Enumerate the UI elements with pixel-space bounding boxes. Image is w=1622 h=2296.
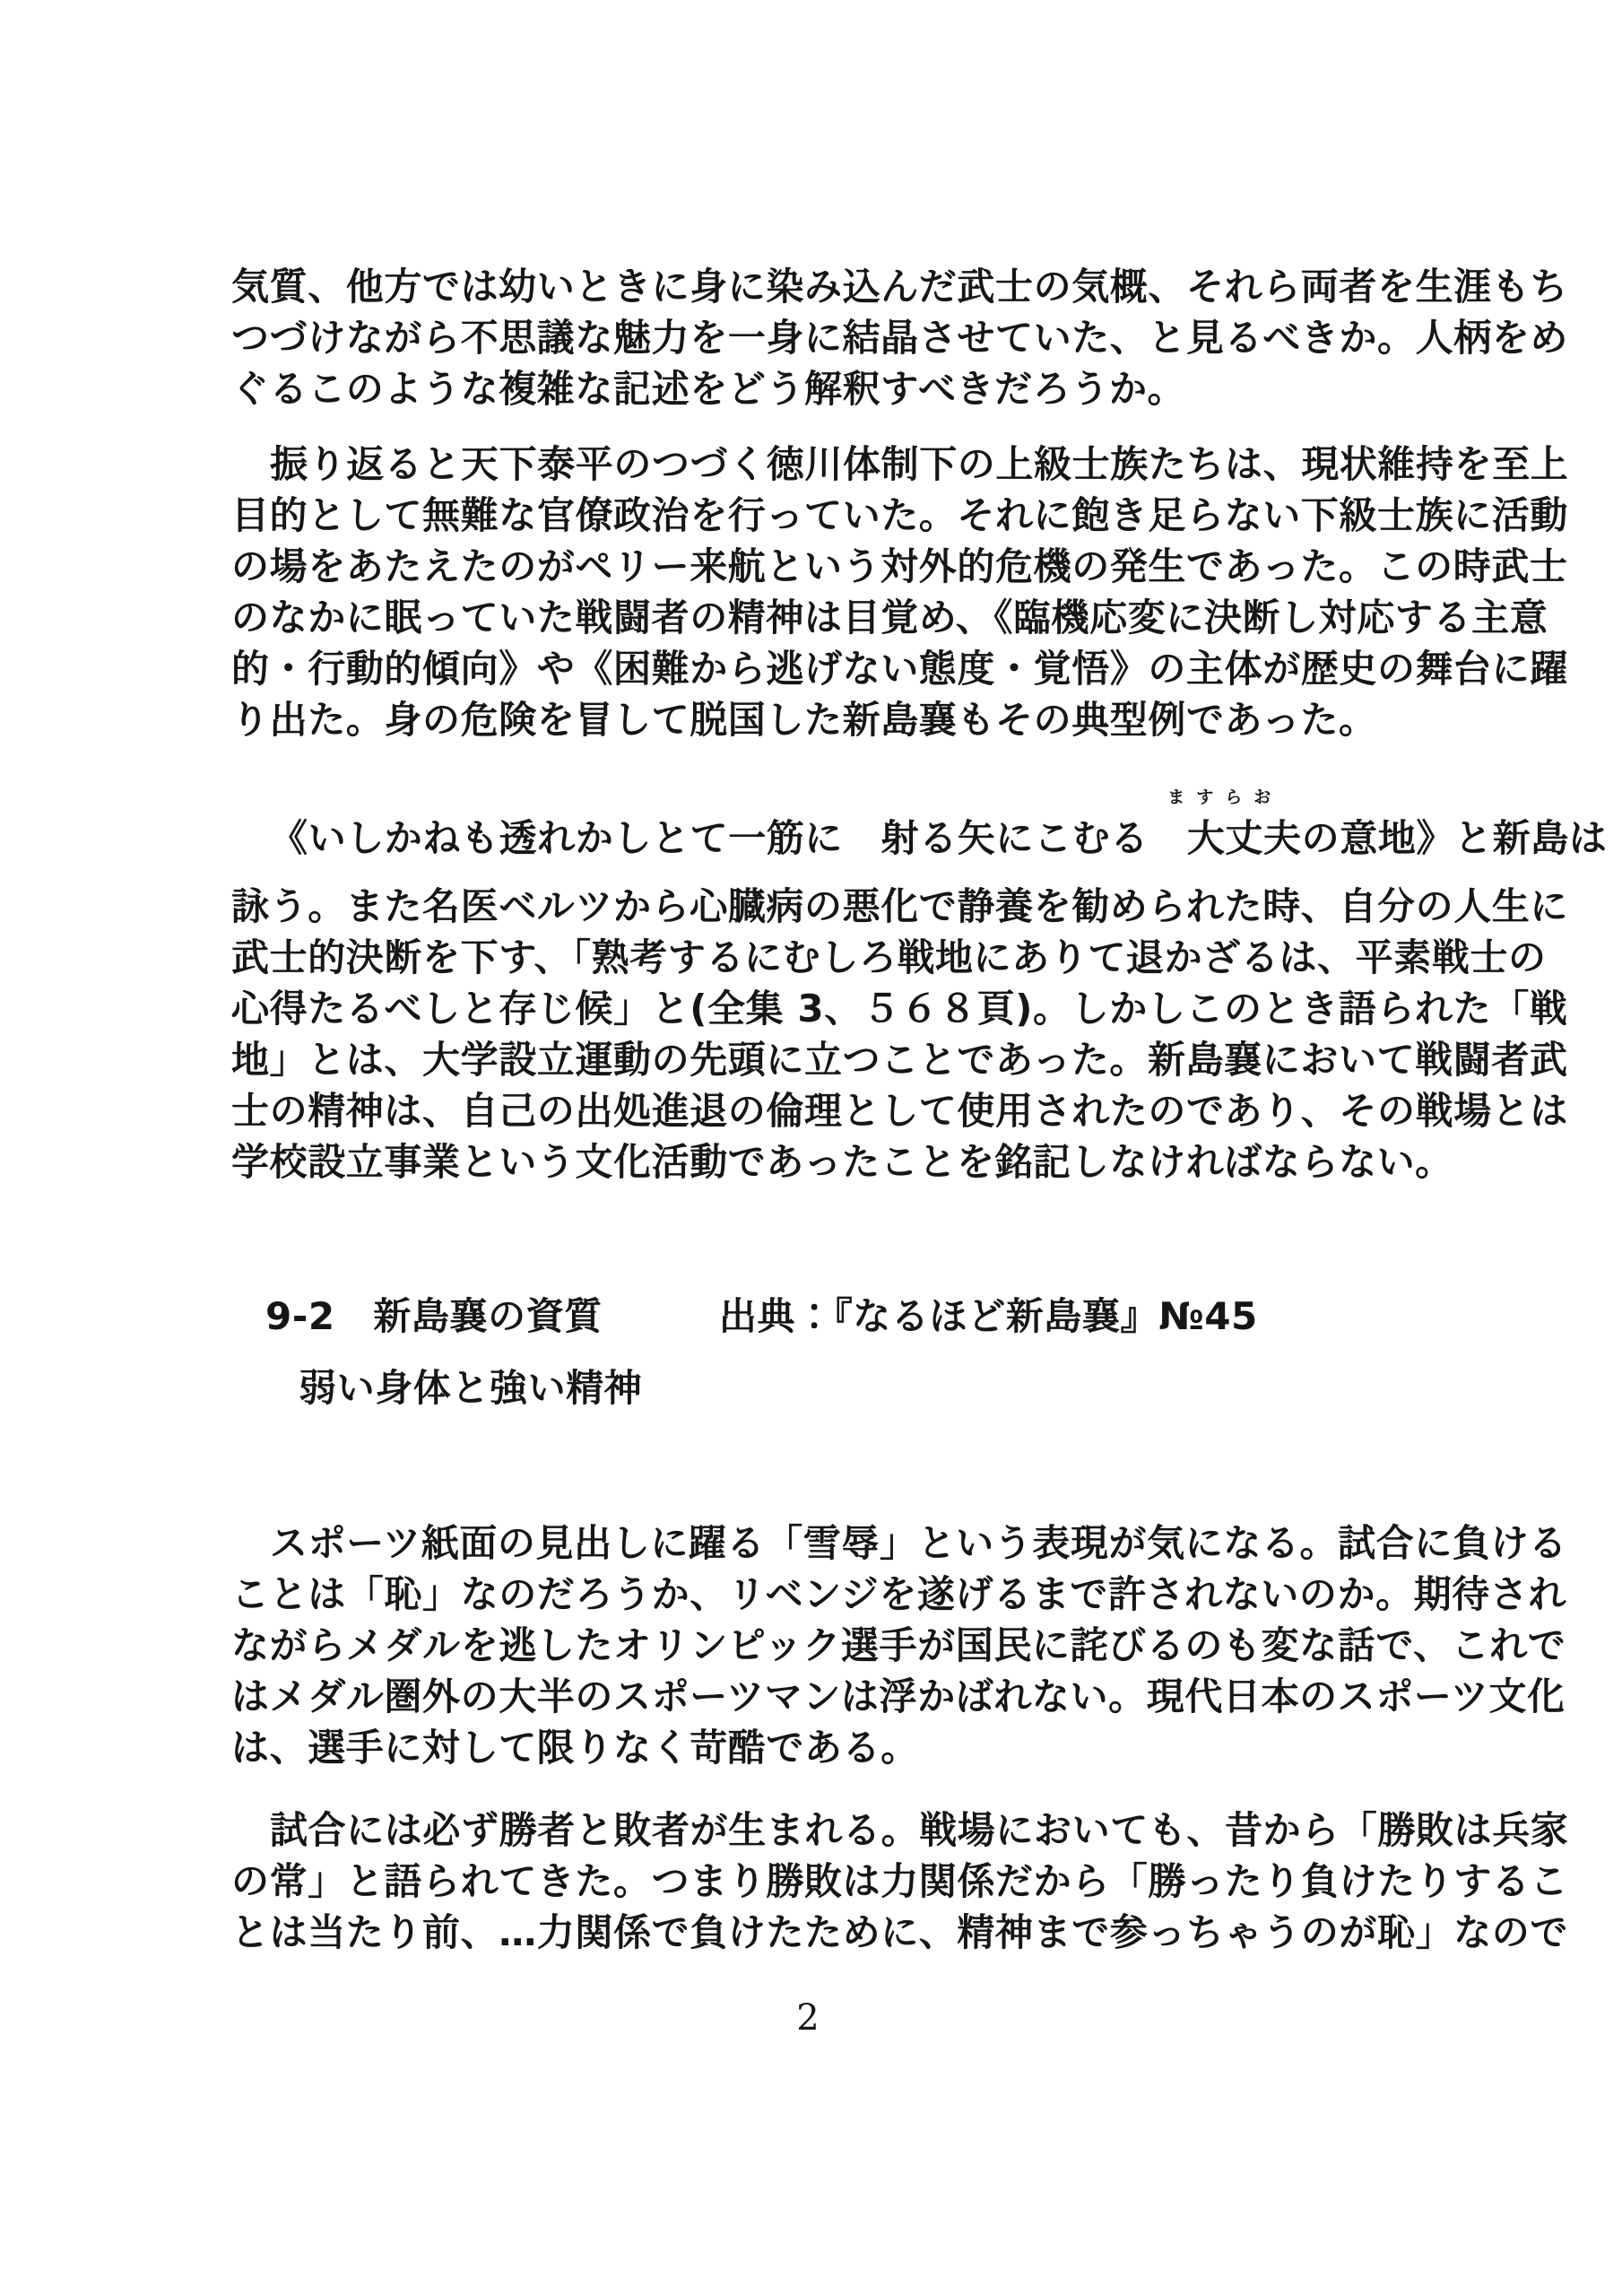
text-line: り出た。身の危険を冒して脱国した新島襄もその典型例であった。 — [231, 694, 1384, 745]
text-line: 詠う。また名医ベルツから心臓病の悪化で静養を勧められた時、自分の人生に — [231, 881, 1384, 932]
text-line: 振り返ると天下泰平のつづく徳川体制下の上級士族たちは、現状維持を至上 — [231, 439, 1384, 490]
page-number: 2 — [231, 1993, 1384, 2044]
text-line: 学校設立事業という文化活動であったことを銘記しなければならない。 — [231, 1136, 1384, 1187]
paragraph-kishitsu: 気質、他方では幼いときに身に染み込んだ武士の気概、それら両者を生涯もち つづけな… — [231, 261, 1384, 414]
text-line: 目的として無難な官僚政治を行っていた。それに飽き足らない下級士族に活動 — [231, 490, 1384, 541]
text-line: スポーツ紙面の見出しに躍る「雪辱」という表現が気になる。試合に負ける — [231, 1518, 1384, 1569]
poem-text-before: 《いしかねも透れかしとて一筋に 射る矢にこむる — [270, 816, 1149, 860]
text-line: はメダル圏外の大半のスポーツマンは浮かばれない。現代日本のスポーツ文化 — [231, 1671, 1384, 1722]
section-heading: 9-2 新島襄の資質出典：『なるほど新島襄』№45 弱い身体と強い精神 — [231, 1291, 1384, 1413]
paragraph-poem-niijima: 《いしかねも透れかしとて一筋に 射る矢にこむる大丈夫ますらおの意地》と新島は 詠… — [231, 813, 1384, 1187]
page-content: 気質、他方では幼いときに身に染み込んだ武士の気概、それら両者を生涯もち つづけな… — [231, 0, 1384, 2044]
text-line: つづけながら不思議な魅力を一身に結晶させていた、と見るべきか。人柄をめ — [231, 312, 1384, 363]
text-line: 武士的決断を下す、「熟考するにむしろ戦地にありて退かざるは、平素戦士の — [231, 932, 1384, 983]
ruby-group: 大丈夫ますらお — [1149, 813, 1302, 864]
document-page: 気質、他方では幼いときに身に染み込んだ武士の気概、それら両者を生涯もち つづけな… — [0, 0, 1622, 2296]
text-line: 心得たるべしと存じ候」と(全集 3、５６８頁)。しかしこのとき語られた「戦 — [231, 983, 1384, 1034]
text-line: ぐるこのような複雑な記述をどう解釈すべきだろうか。 — [231, 363, 1384, 414]
text-line: とは当たり前、…力関係で負けたために、精神まで参っちゃうのが恥」なので — [231, 1907, 1384, 1958]
text-line: ことは「恥」なのだろうか、リベンジを遂げるまで許されないのか。期待され — [231, 1569, 1384, 1620]
text-line: のなかに眠っていた戦闘者の精神は目覚め、《臨機応変に決断し対応する主意 — [231, 592, 1384, 643]
text-line: の常」と語られてきた。つまり勝敗は力関係だから「勝ったり負けたりするこ — [231, 1856, 1384, 1907]
paragraph-shiai: 試合には必ず勝者と敗者が生まれる。戦場においても、昔から「勝敗は兵家 の常」と語… — [231, 1805, 1384, 1958]
text-line: 気質、他方では幼いときに身に染み込んだ武士の気概、それら両者を生涯もち — [231, 261, 1384, 312]
section-heading-row: 9-2 新島襄の資質出典：『なるほど新島襄』№45 — [265, 1291, 1384, 1342]
text-line: は、選手に対して限りなく苛酷である。 — [231, 1722, 1384, 1773]
section-source: 出典：『なるほど新島襄』№45 — [719, 1294, 1258, 1338]
section-subtitle: 弱い身体と強い精神 — [299, 1362, 1384, 1413]
section-number-title: 9-2 新島襄の資質 — [265, 1294, 603, 1338]
text-line: ながらメダルを逃したオリンピック選手が国民に詫びるのも変な話で、これで — [231, 1620, 1384, 1671]
text-line: 士の精神は、自己の出処進退の倫理として使用されたのであり、その戦場とは — [231, 1085, 1384, 1136]
poem-text-after: の意地》と新島は — [1302, 816, 1608, 860]
poem-line: 《いしかねも透れかしとて一筋に 射る矢にこむる大丈夫ますらおの意地》と新島は — [231, 813, 1384, 864]
ruby-base: 大丈夫 — [1187, 816, 1302, 860]
text-line: の場をあたえたのがペリー来航という対外的危機の発生であった。この時武士 — [231, 541, 1384, 592]
text-line: 的・行動的傾向》や《困難から逃げない態度・覚悟》の主体が歴史の舞台に躍 — [231, 643, 1384, 694]
paragraph-sports: スポーツ紙面の見出しに躍る「雪辱」という表現が気になる。試合に負ける ことは「恥… — [231, 1518, 1384, 1773]
ruby-text: ますらお — [1167, 789, 1282, 806]
text-line: 試合には必ず勝者と敗者が生まれる。戦場においても、昔から「勝敗は兵家 — [231, 1805, 1384, 1856]
paragraph-furikaeru: 振り返ると天下泰平のつづく徳川体制下の上級士族たちは、現状維持を至上 目的として… — [231, 439, 1384, 745]
text-line: 地」とは、大学設立運動の先頭に立つことであった。新島襄において戦闘者武 — [231, 1034, 1384, 1085]
